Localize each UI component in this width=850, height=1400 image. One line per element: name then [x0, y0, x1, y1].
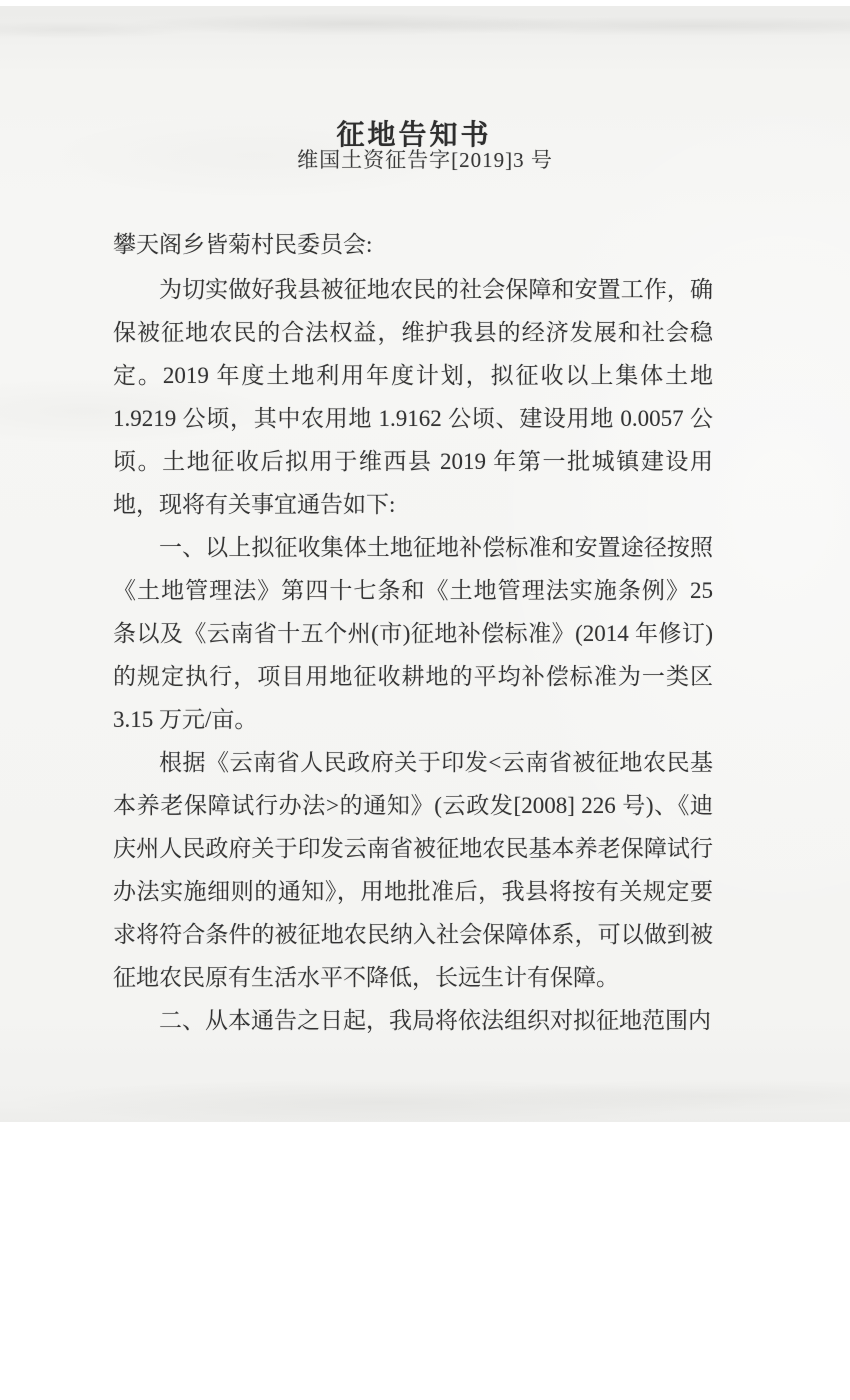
- body-paragraph-2: 一、以上拟征收集体土地征地补偿标准和安置途径按照《土地管理法》第四十七条和《土地…: [113, 526, 713, 741]
- body-paragraph-4: 二、从本通告之日起，我局将依法组织对拟征地范围内: [113, 999, 713, 1042]
- body-paragraph-3: 根据《云南省人民政府关于印发<云南省被征地农民基本养老保障试行办法>的通知》(云…: [113, 741, 713, 999]
- document-body: 攀天阁乡皆菊村民委员会: 为切实做好我县被征地农民的社会保障和安置工作，确保被征…: [113, 223, 713, 1042]
- addressee-line: 攀天阁乡皆菊村民委员会:: [113, 223, 713, 266]
- body-paragraph-1: 为切实做好我县被征地农民的社会保障和安置工作，确保被征地农民的合法权益，维护我县…: [113, 268, 713, 526]
- document-number: 维国土资征告字[2019]3 号: [0, 144, 850, 174]
- scanned-document: 征地告知书 维国土资征告字[2019]3 号 攀天阁乡皆菊村民委员会: 为切实做…: [0, 0, 850, 1400]
